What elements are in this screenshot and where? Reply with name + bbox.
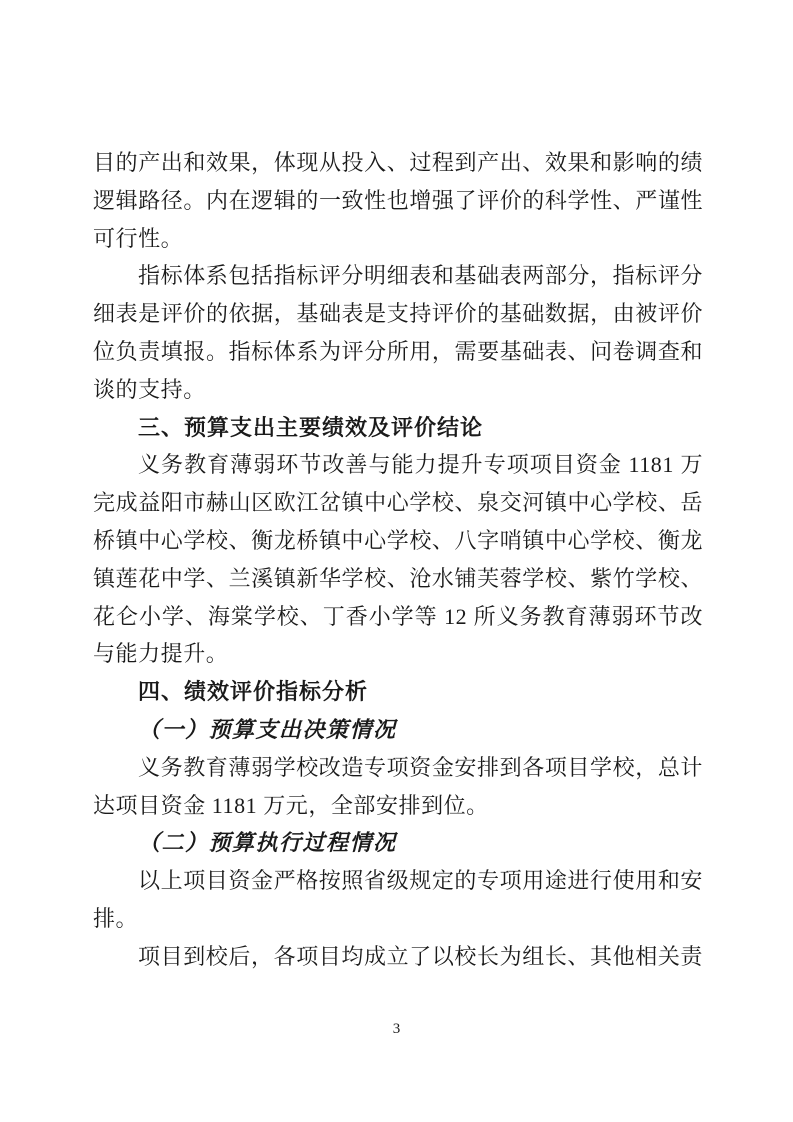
body-text-line: 细表是评价的依据，基础表是支持评价的基础数据，由被评价单 xyxy=(93,295,703,333)
body-text-line: 花仑小学、海棠学校、丁香小学等 12 所义务教育薄弱环节改善 xyxy=(93,598,703,636)
body-text-line: 以上项目资金严格按照省级规定的专项用途进行使用和安 xyxy=(93,862,703,900)
heading-line: 四、绩效评价指标分析 xyxy=(93,673,703,711)
body-text-line: 镇莲花中学、兰溪镇新华学校、沧水铺芙蓉学校、紫竹学校、桃 xyxy=(93,560,703,598)
heading-line: 三、预算支出主要绩效及评价结论 xyxy=(93,409,703,447)
heading-line: （二）预算执行过程情况 xyxy=(93,824,703,862)
body-text-line: 达项目资金 1181 万元，全部安排到位。 xyxy=(93,787,703,825)
body-text-line: 逻辑路径。内在逻辑的一致性也增强了评价的科学性、严谨性和 xyxy=(93,182,703,220)
page-number: 3 xyxy=(393,1021,401,1037)
body-text-line: 义务教育薄弱环节改善与能力提升专项项目资金 1181 万元， xyxy=(93,446,703,484)
body-text-line: 位负责填报。指标体系为评分所用，需要基础表、问卷调查和访 xyxy=(93,333,703,371)
body-text-line: 与能力提升。 xyxy=(93,635,703,673)
document-page: 目的产出和效果，体现从投入、过程到产出、效果和影响的绩效逻辑路径。内在逻辑的一致… xyxy=(0,0,793,1122)
body-text-line: 可行性。 xyxy=(93,220,703,258)
heading-line: （一）预算支出决策情况 xyxy=(93,711,703,749)
body-text-line: 义务教育薄弱学校改造专项资金安排到各项目学校，总计下 xyxy=(93,749,703,787)
page-footer: 3 xyxy=(0,1018,793,1040)
body-text-line: 项目到校后，各项目均成立了以校长为组长、其他相关责任 xyxy=(93,938,703,976)
document-body: 目的产出和效果，体现从投入、过程到产出、效果和影响的绩效逻辑路径。内在逻辑的一致… xyxy=(93,144,703,976)
body-text-line: 指标体系包括指标评分明细表和基础表两部分，指标评分明 xyxy=(93,257,703,295)
body-text-line: 目的产出和效果，体现从投入、过程到产出、效果和影响的绩效 xyxy=(93,144,703,182)
body-text-line: 谈的支持。 xyxy=(93,371,703,409)
body-text-line: 排。 xyxy=(93,900,703,938)
body-text-line: 桥镇中心学校、衡龙桥镇中心学校、八字哨镇中心学校、衡龙桥 xyxy=(93,522,703,560)
body-text-line: 完成益阳市赫山区欧江岔镇中心学校、泉交河镇中心学校、岳家 xyxy=(93,484,703,522)
